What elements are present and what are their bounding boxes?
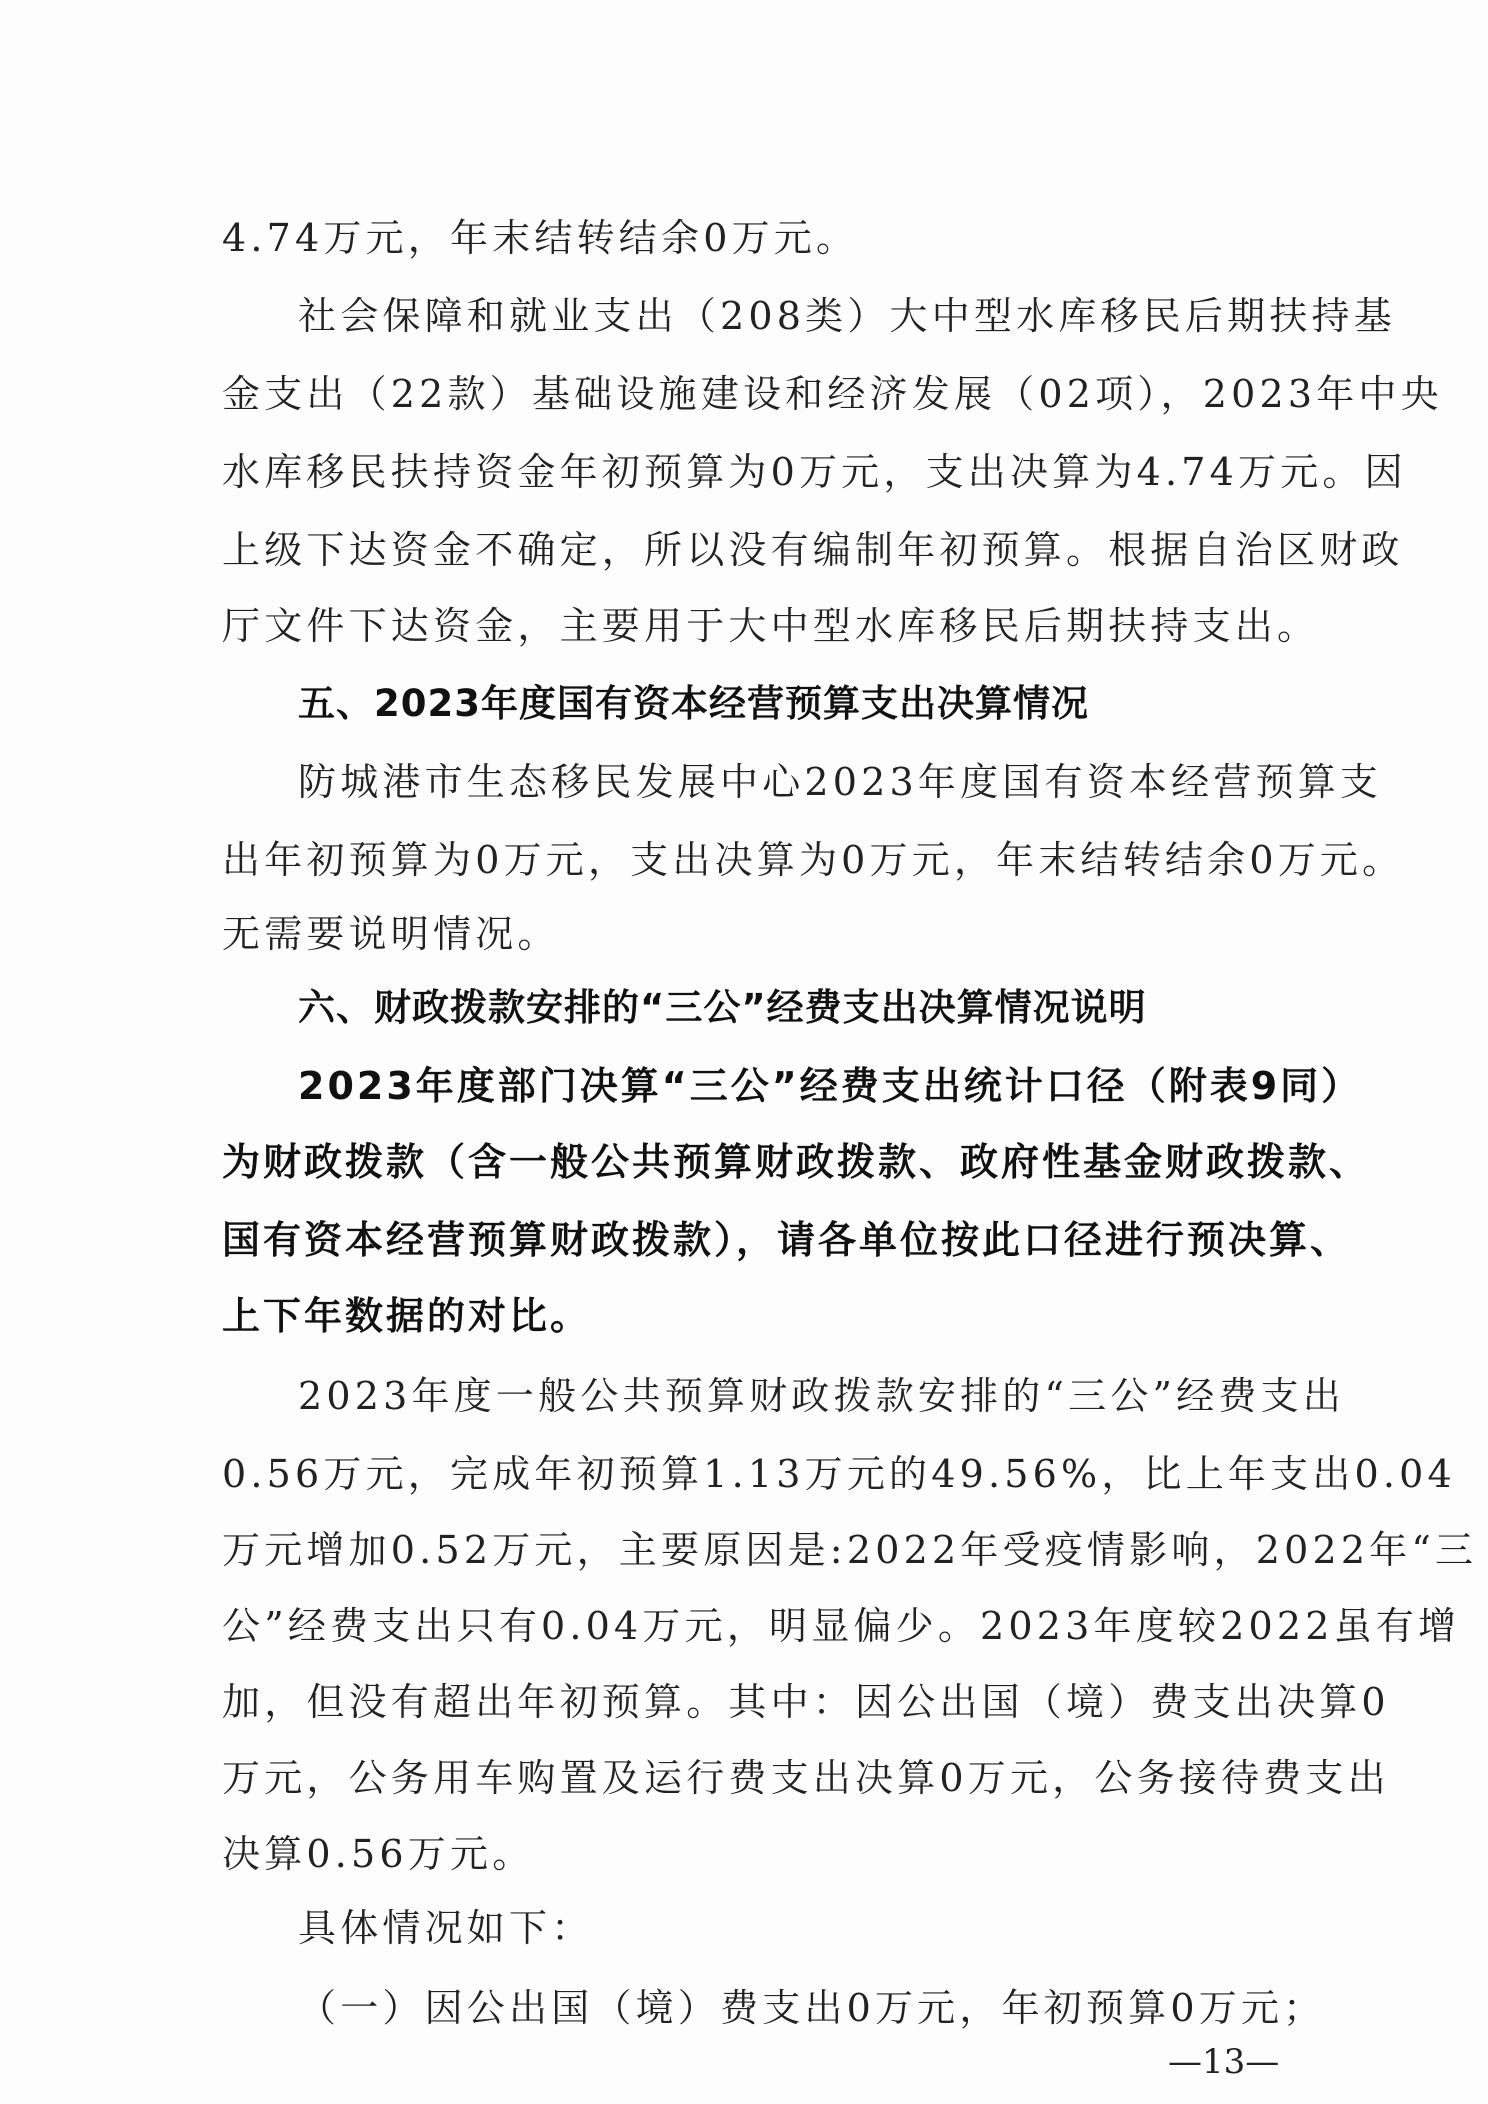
- paragraph-line: 加，但没有超出年初预算。其中：因公出国（境）费支出决算0: [222, 1678, 1390, 1726]
- bold-paragraph-line: 上下年数据的对比。: [222, 1292, 591, 1340]
- paragraph-line: 防城港市生态移民发展中心2023年度国有资本经营预算支: [298, 758, 1382, 806]
- paragraph-line: 4.74万元，年末结转结余0万元。: [222, 214, 858, 262]
- section-heading-5: 五、2023年度国有资本经营预算支出决算情况: [298, 680, 1089, 728]
- paragraph-line: 金支出（22款）基础设施建设和经济发展（02项），2023年中央: [222, 370, 1443, 418]
- paragraph-line: 公”经费支出只有0.04万元，明显偏少。2023年度较2022虽有增: [222, 1602, 1460, 1650]
- paragraph-line: 社会保障和就业支出（208类）大中型水库移民后期扶持基: [298, 292, 1396, 340]
- paragraph-line: 水库移民扶持资金年初预算为0万元，支出决算为4.74万元。因: [222, 448, 1407, 496]
- bold-paragraph-line: 为财政拨款（含一般公共预算财政拨款、政府性基金财政拨款、: [222, 1138, 1370, 1186]
- bold-paragraph-line: 2023年度部门决算“三公”经费支出统计口径（附表9同）: [298, 1062, 1362, 1110]
- paragraph-line: 万元，公务用车购置及运行费支出决算0万元，公务接待费支出: [222, 1754, 1390, 1802]
- paragraph-line: 0.56万元，完成年初预算1.13万元的49.56%，比上年支出0.04: [222, 1450, 1456, 1498]
- paragraph-line: 2023年度一般公共预算财政拨款安排的“三公”经费支出: [298, 1372, 1345, 1420]
- list-item-line: （一）因公出国（境）费支出0万元，年初预算0万元；: [298, 1984, 1325, 2032]
- section-heading-6: 六、财政拨款安排的“三公”经费支出决算情况说明: [298, 984, 1147, 1032]
- paragraph-line: 上级下达资金不确定，所以没有编制年初预算。根据自治区财政: [222, 526, 1404, 574]
- page-number: —13—: [1168, 2042, 1279, 2082]
- document-page: 4.74万元，年末结转结余0万元。 社会保障和就业支出（208类）大中型水库移民…: [0, 0, 1488, 2104]
- paragraph-line: 决算0.56万元。: [222, 1830, 534, 1878]
- paragraph-line: 无需要说明情况。: [222, 910, 560, 958]
- bold-paragraph-line: 国有资本经营预算财政拨款），请各单位按此口径进行预决算、: [222, 1216, 1351, 1264]
- paragraph-line: 出年初预算为0万元，支出决算为0万元，年末结转结余0万元。: [222, 836, 1404, 884]
- paragraph-line: 厅文件下达资金，主要用于大中型水库移民后期扶持支出。: [222, 602, 1319, 650]
- paragraph-line: 万元增加0.52万元，主要原因是:2022年受疫情影响，2022年“三: [222, 1526, 1477, 1574]
- paragraph-line: 具体情况如下：: [298, 1904, 593, 1952]
